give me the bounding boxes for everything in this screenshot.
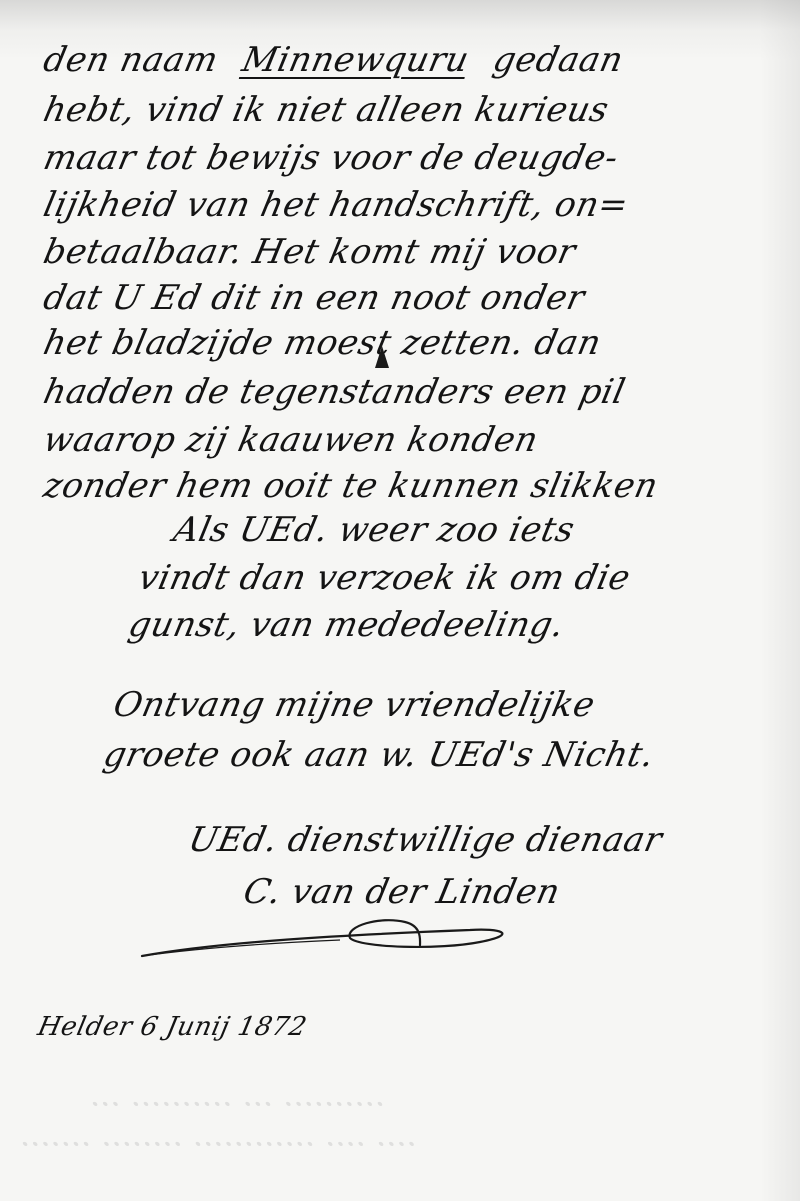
letter-line: den naam Minnewquru gedaan <box>40 40 627 80</box>
letter-line: het bladzijde moest zetten. dan <box>40 323 605 363</box>
letter-line: zonder hem ooit te kunnen slikken <box>40 466 662 506</box>
underlined-name: Minnewquru <box>239 40 473 80</box>
letter-page: ·········· ··· ·········· ··· ···· ···· … <box>0 0 800 1201</box>
signature-flourish-icon <box>140 900 620 970</box>
signature-salutation: UEd. dienstwillige dienaar <box>185 820 666 860</box>
letter-line: waarop zij kaauwen konden <box>40 420 542 460</box>
letter-line: betaalbaar. Het komt mij voor <box>40 232 579 272</box>
bleed-through-text: ···· ···· ············ ········ ······· <box>16 1125 421 1163</box>
letter-line: maar tot bewijs voor de deugde- <box>40 138 622 178</box>
date-line: Helder 6 Junij 1872 <box>35 1012 310 1042</box>
bleed-through-text: ·········· ··· ·········· ··· <box>86 1085 389 1123</box>
letter-line: hadden de tegenstanders een pil <box>40 372 629 412</box>
insertion-caret-mark <box>375 346 389 368</box>
letter-line: vindt dan verzoek ik om die <box>135 558 634 598</box>
letter-line: hebt, vind ik niet alleen kurieus <box>40 90 612 130</box>
letter-line: dat U Ed dit in een noot onder <box>40 278 588 318</box>
text-fragment: den naam <box>40 40 222 80</box>
letter-line: gunst, van mededeeling. <box>125 605 568 645</box>
letter-line: lijkheid van het handschrift, on= <box>40 185 632 225</box>
closing-line: Ontvang mijne vriendelijke <box>110 685 599 725</box>
letter-line: Als UEd. weer zoo iets <box>170 510 578 550</box>
text-fragment: gedaan <box>489 40 627 80</box>
closing-line: groete ook aan w. UEd's Nicht. <box>100 735 658 775</box>
